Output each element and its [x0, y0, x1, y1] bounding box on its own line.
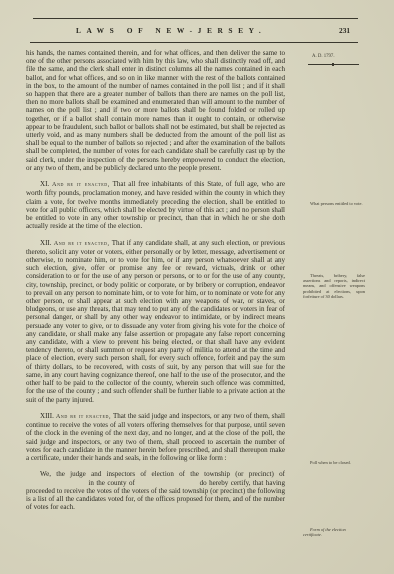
margin-note-bribery: Threats, bribery, false assertions and r… — [303, 273, 365, 299]
header-rule-bottom — [30, 42, 358, 43]
enacting-clause: And be it enacted, — [56, 413, 111, 420]
enacting-clause: And be it enacted, — [52, 181, 110, 188]
running-title: LAWS OF NEW-JERSEY. — [76, 26, 266, 35]
section-xii: XII. And be it enacted, That if any cand… — [26, 239, 285, 404]
section-number: XI. — [40, 180, 49, 188]
form-text-2: in the county of — [88, 479, 134, 487]
margin-date: A. D. 1797. — [312, 54, 374, 59]
certificate-form: We, the judge and inspectors of election… — [26, 470, 285, 511]
margin-note-poll-close: Poll when to be closed. — [303, 460, 365, 465]
form-text-3: do hereby certify, that having proceeded… — [26, 479, 285, 512]
margin-date-tick — [332, 63, 334, 66]
margin-note-certificate: Form of the election certificate. — [303, 527, 365, 537]
continuation-paragraph: his hands, the names contained therein, … — [26, 49, 285, 172]
section-xi: XI. And be it enacted, That all free inh… — [26, 180, 285, 230]
section-number: XII. — [40, 239, 52, 247]
header-rule-top — [33, 18, 358, 20]
form-text-1: We, the judge and inspectors of election… — [40, 470, 285, 478]
section-xiii: XIII. And be it enacted, That the said j… — [26, 412, 285, 462]
section-number: XIII. — [40, 412, 54, 420]
section-text: That if any candidate shall, at any such… — [26, 239, 285, 404]
margin-note-voters: What persons entitled to vote. — [303, 201, 365, 206]
enacting-clause: And be it enacted, — [54, 240, 110, 247]
book-page: LAWS OF NEW-JERSEY. 231 A. D. 1797. his … — [0, 0, 394, 574]
body-text: his hands, the names contained therein, … — [26, 49, 285, 511]
page-number: 231 — [339, 26, 350, 35]
